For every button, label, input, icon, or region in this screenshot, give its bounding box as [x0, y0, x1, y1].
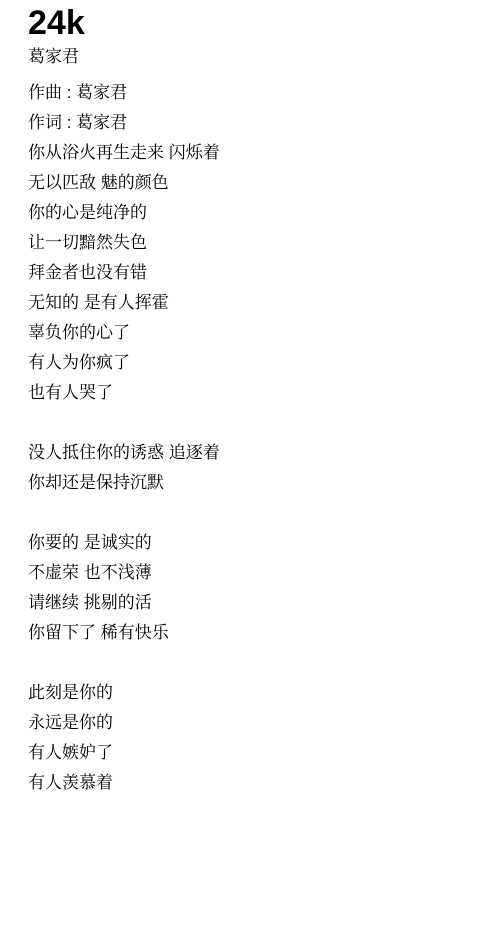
artist-name: 葛家君	[28, 44, 480, 70]
lyric-line	[28, 498, 480, 528]
lyrics-block: 作曲 : 葛家君作词 : 葛家君你从浴火再生走来 闪烁着无以匹敌 魅的颜色你的心…	[28, 78, 480, 798]
lyric-line: 让一切黯然失色	[28, 228, 480, 258]
lyric-line: 无知的 是有人挥霍	[28, 288, 480, 318]
lyric-line	[28, 648, 480, 678]
lyric-line: 也有人哭了	[28, 378, 480, 408]
lyric-line: 有人羡慕着	[28, 768, 480, 798]
lyric-line: 不虚荣 也不浅薄	[28, 558, 480, 588]
lyric-line: 你却还是保持沉默	[28, 468, 480, 498]
lyric-line: 永远是你的	[28, 708, 480, 738]
lyric-line: 拜金者也没有错	[28, 258, 480, 288]
lyric-line: 请继续 挑剔的活	[28, 588, 480, 618]
lyric-line	[28, 408, 480, 438]
lyrics-page: 24k 葛家君 作曲 : 葛家君作词 : 葛家君你从浴火再生走来 闪烁着无以匹敌…	[0, 0, 500, 940]
lyric-line: 你留下了 稀有快乐	[28, 618, 480, 648]
lyric-line: 作词 : 葛家君	[28, 108, 480, 138]
lyric-line: 你要的 是诚实的	[28, 528, 480, 558]
lyric-line: 无以匹敌 魅的颜色	[28, 168, 480, 198]
lyric-line: 此刻是你的	[28, 678, 480, 708]
lyric-line: 你从浴火再生走来 闪烁着	[28, 138, 480, 168]
lyric-line: 你的心是纯净的	[28, 198, 480, 228]
lyric-line: 作曲 : 葛家君	[28, 78, 480, 108]
song-title: 24k	[28, 2, 480, 44]
lyric-line: 没人抵住你的诱惑 追逐着	[28, 438, 480, 468]
lyric-line: 有人嫉妒了	[28, 738, 480, 768]
lyric-line: 有人为你疯了	[28, 348, 480, 378]
lyric-line: 辜负你的心了	[28, 318, 480, 348]
